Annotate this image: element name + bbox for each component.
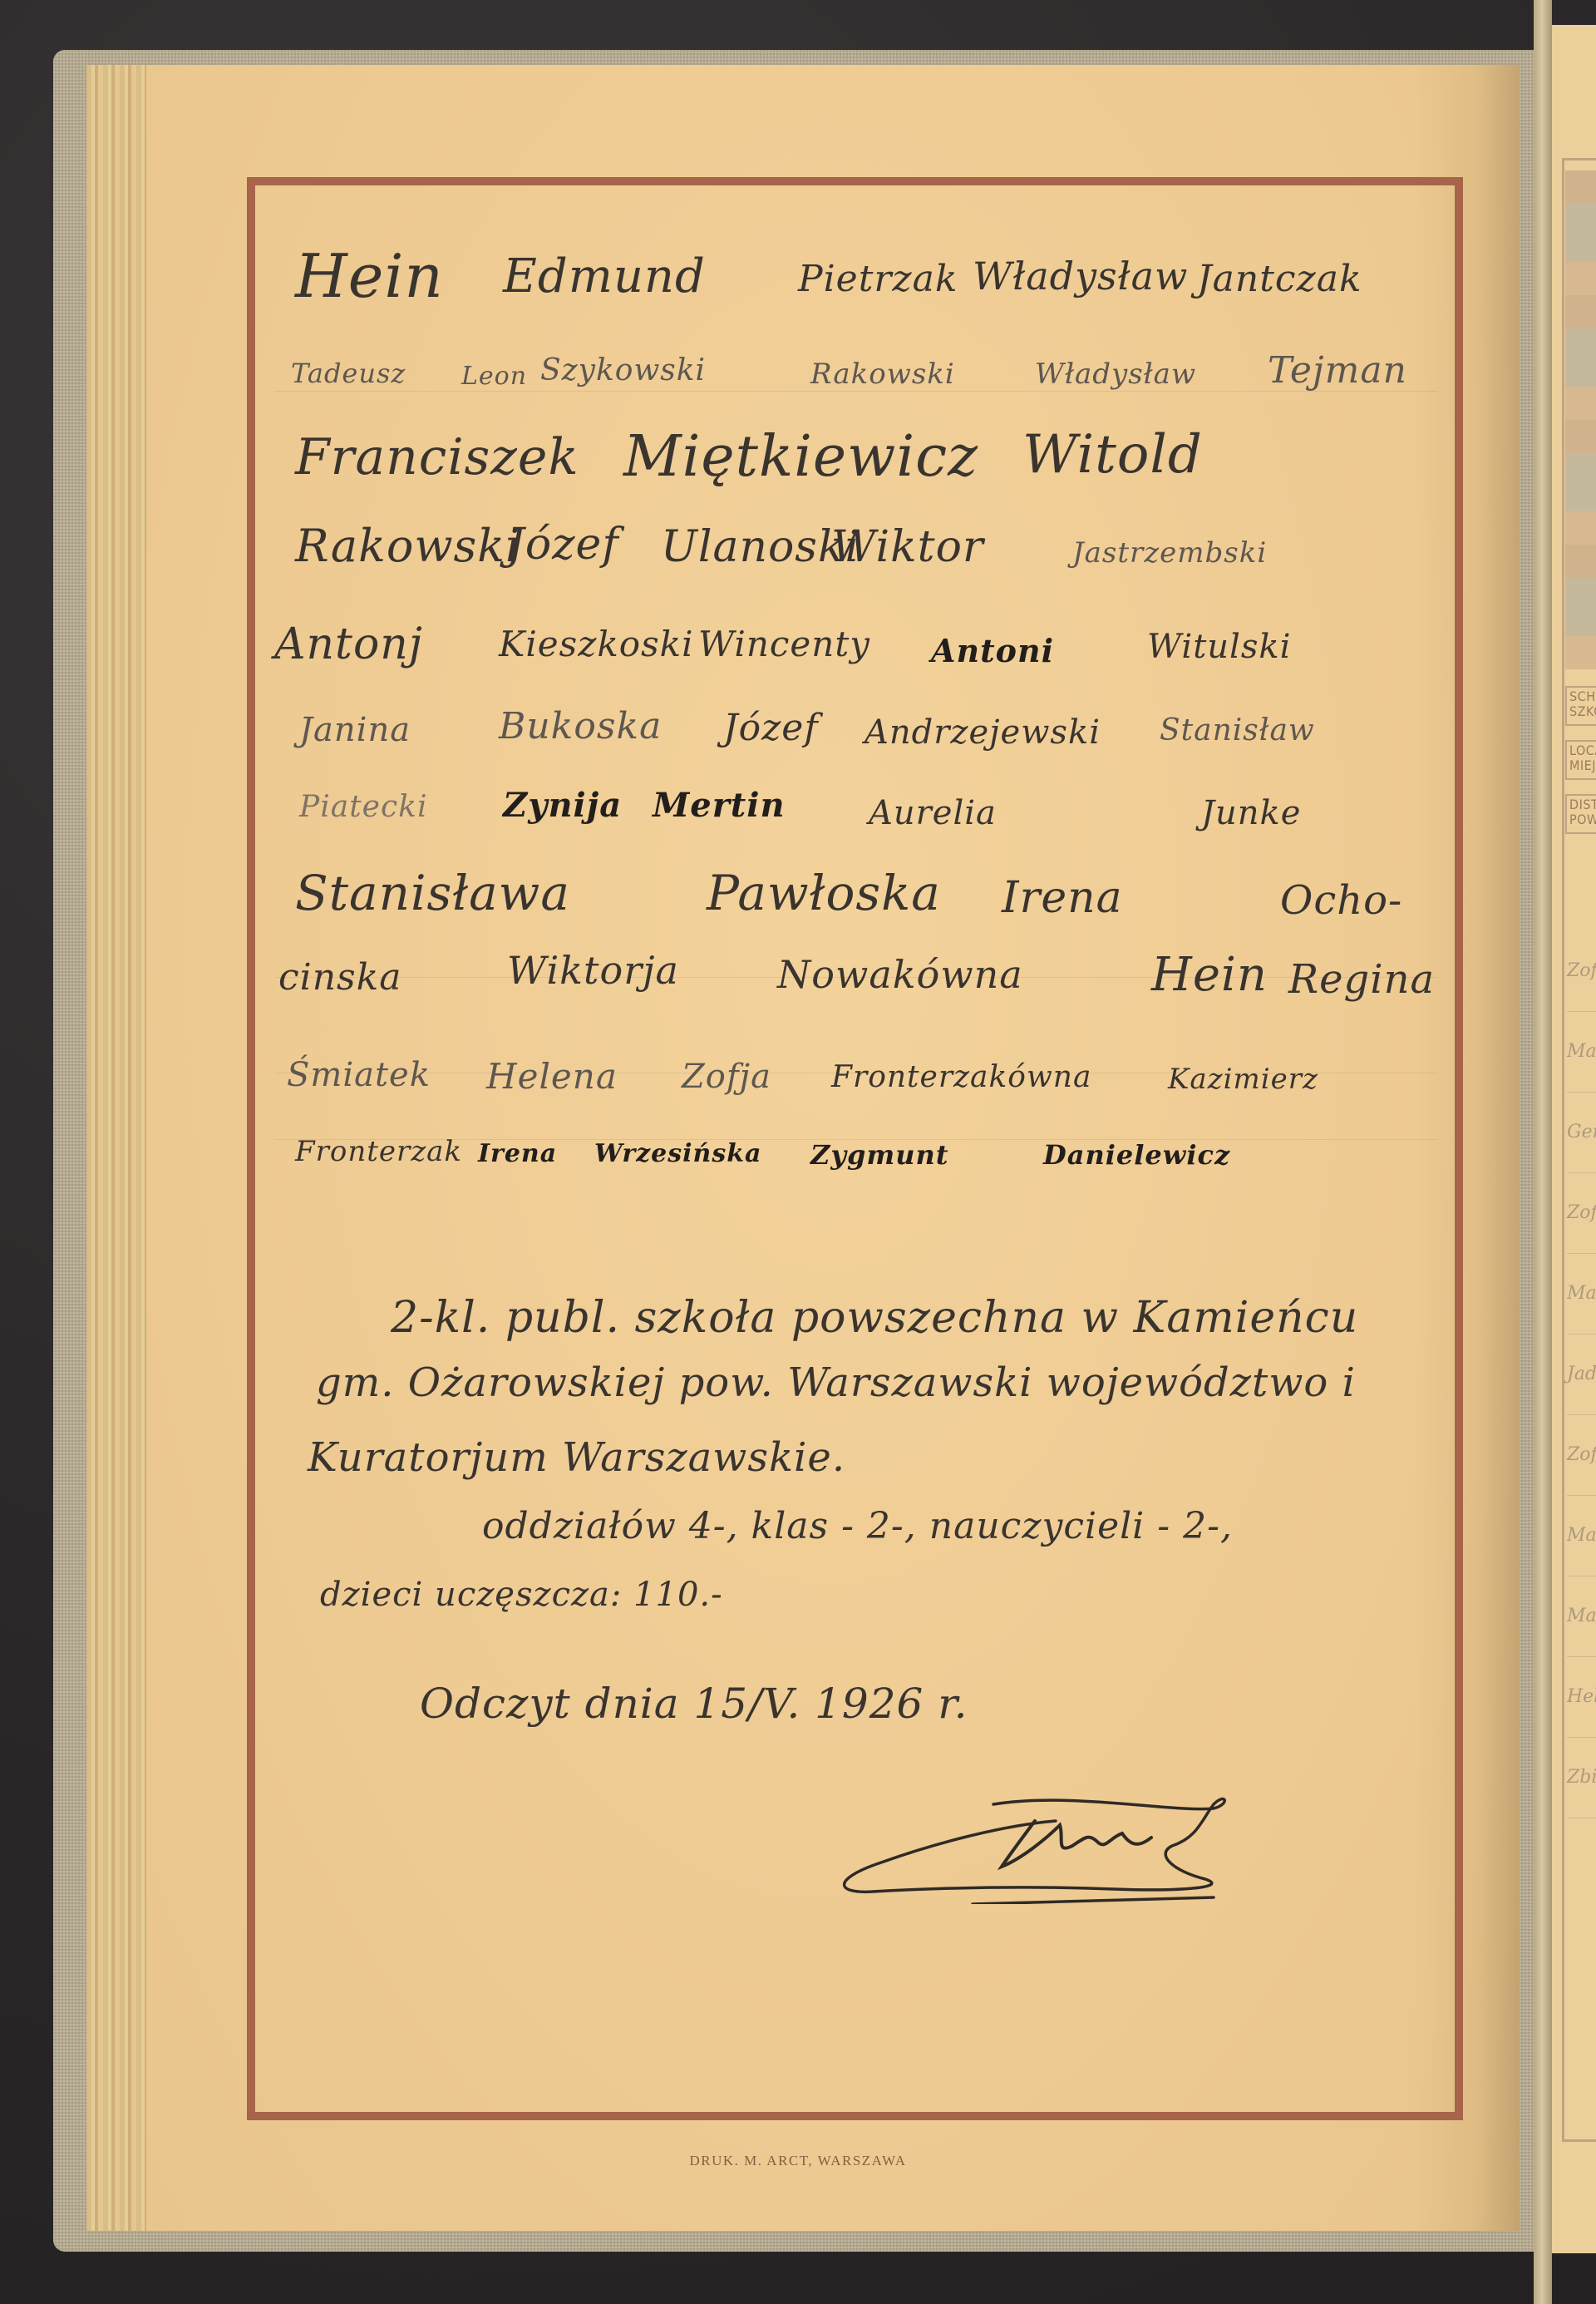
- name-word: Andrzejewski: [864, 713, 1101, 752]
- name-word: Janina: [299, 711, 411, 749]
- name-word: Pawłoska: [707, 865, 941, 921]
- name-word: Fronterzakówna: [831, 1060, 1091, 1094]
- name-word: Miętkiewicz: [623, 424, 978, 490]
- facing-label-text: MIEJS: [1569, 758, 1596, 773]
- name-word: Śmiatek: [287, 1056, 431, 1094]
- name-word: Mertin: [653, 786, 786, 825]
- facing-name: Maria: [1567, 1254, 1596, 1335]
- facing-name: Genia: [1567, 1093, 1596, 1173]
- facing-label-text: DISTR: [1569, 797, 1596, 812]
- school-note-line: oddziałów 4-, klas - 2-, nauczycieli - 2…: [482, 1505, 1233, 1547]
- facing-name: Zofia: [1567, 1173, 1596, 1254]
- name-word: Witold: [1022, 424, 1203, 486]
- name-word: Witulski: [1147, 628, 1291, 666]
- name-word: Władysław: [1035, 358, 1196, 391]
- facing-label-text: POW: [1569, 812, 1596, 827]
- name-word: Antoni: [931, 632, 1054, 669]
- facing-name: Marian: [1567, 1012, 1596, 1093]
- school-note-line: 2-kl. publ. szkoła powszechna w Kamieńcu: [391, 1293, 1358, 1343]
- facing-name: Zbig: [1567, 1738, 1596, 1818]
- facing-label-school: SCHO SZKO: [1565, 686, 1596, 726]
- name-word: Stanisława: [295, 865, 570, 921]
- name-word: Kieszkoski: [499, 624, 694, 664]
- name-word: Hein: [1151, 948, 1268, 1002]
- facing-name: Jadwiga: [1567, 1335, 1596, 1415]
- school-note-line: gm. Ożarowskiej pow. Warszawski wojewódz…: [316, 1359, 1356, 1406]
- facing-label-text: LOCA: [1569, 743, 1596, 758]
- facing-page: SCHO SZKO LOCA MIEJS DISTR POW Zofia Mar…: [1552, 25, 1596, 2253]
- name-word: Wiktor: [831, 522, 984, 572]
- name-word: Zofja: [682, 1058, 771, 1096]
- name-word: Pietrzak: [798, 258, 958, 300]
- name-word: Jastrzembski: [1072, 536, 1267, 570]
- facing-label-district: DISTR POW: [1565, 794, 1596, 834]
- school-note-line: dzieci uczęszcza: 110.-: [320, 1576, 723, 1614]
- name-word: Irena: [478, 1139, 557, 1168]
- name-word: Wincenty: [698, 624, 870, 664]
- facing-label-text: SCHO: [1569, 689, 1596, 704]
- name-word: Franciszek: [295, 428, 579, 486]
- name-word: Edmund: [503, 249, 706, 303]
- facing-name: Zofia: [1567, 931, 1596, 1012]
- name-word: Ocho-: [1280, 877, 1402, 924]
- school-note-line: Kuratorjum Warszawskie.: [308, 1434, 845, 1481]
- name-word: Kazimierz: [1168, 1063, 1318, 1096]
- name-word: Irena: [1002, 873, 1123, 923]
- date-line: Odczyt dnia 15/V. 1926 r.: [420, 1680, 968, 1728]
- facing-page-names: Zofia Marian Genia Zofia Maria Jadwiga Z…: [1567, 931, 1596, 1818]
- name-word: Rakowski: [295, 520, 520, 572]
- name-word: Wrzesińska: [594, 1139, 761, 1168]
- name-word: Helena: [486, 1056, 618, 1097]
- page-edges: [86, 65, 146, 2231]
- name-word: Antonj: [274, 619, 423, 669]
- name-word: Józef: [723, 707, 819, 749]
- name-word: Bukoska: [499, 705, 662, 747]
- rule-line: [274, 391, 1438, 392]
- name-word: Regina: [1288, 956, 1435, 1003]
- facing-name: Maria: [1567, 1496, 1596, 1576]
- name-word: Józef: [507, 520, 619, 570]
- name-word: Rakowski: [810, 358, 955, 391]
- name-word: Stanisław: [1160, 713, 1315, 747]
- name-word: Hein: [295, 241, 444, 311]
- name-word: Szykowski: [540, 353, 706, 387]
- name-word: Zygmunt: [810, 1139, 949, 1171]
- name-word: Nowakówna: [777, 952, 1023, 997]
- name-word: Tadeusz: [291, 358, 406, 389]
- name-word: Wiktorja: [507, 948, 679, 993]
- facing-page-ornament: [1565, 170, 1596, 669]
- facing-name: Helena: [1567, 1657, 1596, 1738]
- name-word: Piatecki: [299, 790, 427, 824]
- name-word: Junke: [1201, 794, 1301, 832]
- name-word: Danielewicz: [1043, 1139, 1230, 1171]
- name-word: Władysław: [973, 254, 1188, 298]
- signature-scribble: [823, 1788, 1255, 1904]
- name-word: Tejman: [1268, 349, 1407, 392]
- name-word: Aurelia: [869, 794, 997, 832]
- facing-label-text: SZKO: [1569, 704, 1596, 719]
- book-gutter: [1534, 0, 1552, 2304]
- name-word: Jantczak: [1197, 258, 1362, 300]
- facing-name: Zofia: [1567, 1415, 1596, 1496]
- name-word: Leon: [461, 362, 527, 391]
- name-word: cinska: [278, 956, 402, 999]
- facing-label-locality: LOCA MIEJS: [1565, 740, 1596, 780]
- facing-name: Maria: [1567, 1576, 1596, 1657]
- name-word: Fronterzak: [295, 1135, 462, 1168]
- name-word: Zynija: [503, 786, 622, 825]
- name-word: Ulanoski: [661, 522, 860, 572]
- printer-mark: DRUK. M. ARCT, WARSZAWA: [0, 2153, 1596, 2169]
